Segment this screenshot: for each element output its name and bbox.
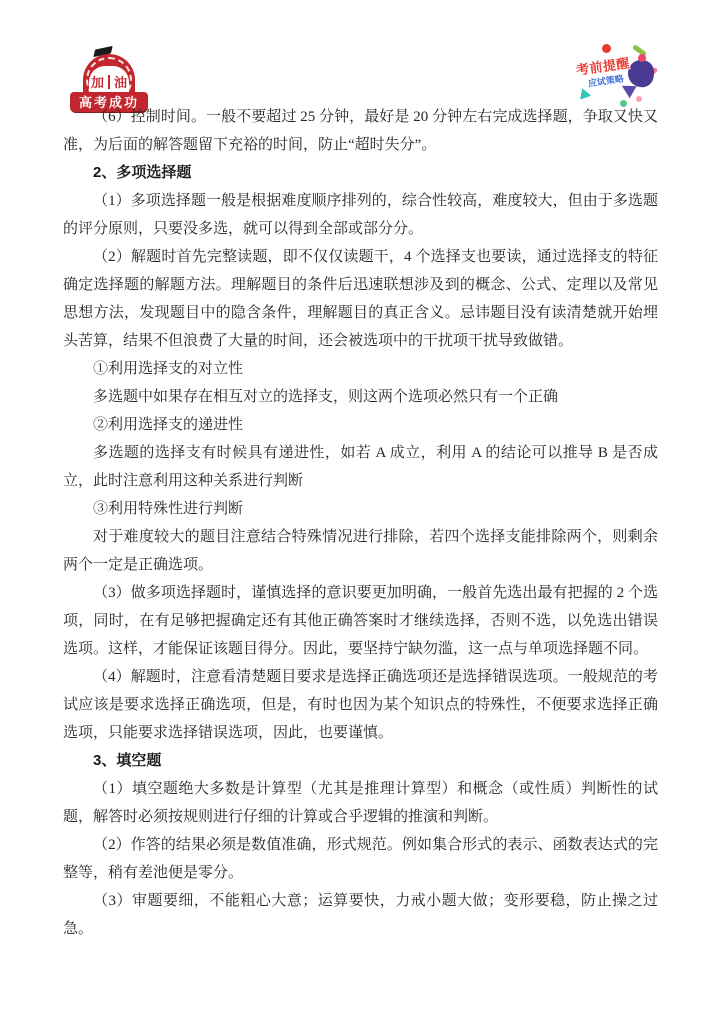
document-page: 加 油 高考成功 考前提醒 应试策略 （6）控制时间。一般不要超过 25 分钟，… — [0, 0, 720, 1018]
megaphone-accent-dot — [638, 54, 646, 62]
exam-reminder-sticker: 考前提醒 应试策略 — [576, 44, 660, 110]
logo-divider — [108, 75, 110, 89]
paragraph-fib-types: （1）填空题绝大多数是计算型（尤其是推理计算型）和概念（或性质）判断性的试题，解… — [63, 775, 658, 831]
logo-top-text-char2: 油 — [114, 76, 127, 89]
paragraph-mc-read-complete: （2）解题时首先完整读题，即不仅仅读题干，4 个选择支也要读，通过选择支的特征确… — [63, 243, 658, 355]
tip-progression-heading: ②利用选择支的递进性 — [63, 411, 658, 439]
heading-multiple-choice: 2、多项选择题 — [63, 159, 658, 187]
confetti-red-dot — [602, 44, 611, 53]
paragraph-mc-difficulty-order: （1）多项选择题一般是根据难度顺序排列的，综合性较高，难度较大，但由于多选题的评… — [63, 187, 658, 243]
paragraph-fib-carefulness: （3）审题要细，不能粗心大意；运算要快，力戒小题大做；变形要稳，防止操之过急。 — [63, 887, 658, 943]
paragraph-time-control: （6）控制时间。一般不要超过 25 分钟，最好是 20 分钟左右完成选择题，争取… — [63, 103, 658, 159]
sticker-subtitle: 应试策略 — [588, 75, 625, 89]
logo-top-text-char1: 加 — [91, 76, 104, 89]
tip-opposition-heading: ①利用选择支的对立性 — [63, 355, 658, 383]
document-body: （6）控制时间。一般不要超过 25 分钟，最好是 20 分钟左右完成选择题，争取… — [63, 103, 658, 943]
tip-opposition-body: 多选题中如果存在相互对立的选择支，则这两个选项必然只有一个正确 — [63, 383, 658, 411]
heading-fill-in-blank: 3、填空题 — [63, 747, 658, 775]
confetti-pink-dot — [636, 96, 642, 102]
tip-special-case-heading: ③利用特殊性进行判断 — [63, 495, 658, 523]
tip-special-case-body: 对于难度较大的题目注意结合特殊情况进行排除，若四个选择支能排除两个，则剩余两个一… — [63, 523, 658, 579]
paragraph-mc-read-requirement: （4）解题时，注意看清楚题目要求是选择正确选项还是选择错误选项。一般规范的考试应… — [63, 663, 658, 747]
paragraph-fib-accuracy: （2）作答的结果必须是数值准确，形式规范。例如集合形式的表示、函数表达式的完整等… — [63, 831, 658, 887]
tip-progression-body: 多选题的选择支有时候具有递进性，如若 A 成立，利用 A 的结论可以推导 B 是… — [63, 439, 658, 495]
paragraph-mc-cautious-selection: （3）做多项选择题时，谨慎选择的意识要更加明确，一般首先选出最有把握的 2 个选… — [63, 579, 658, 663]
